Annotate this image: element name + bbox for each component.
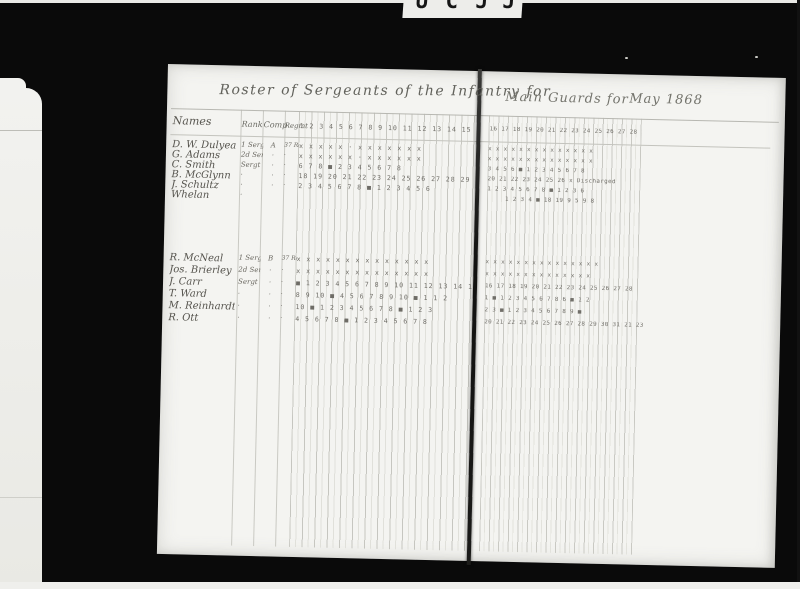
row-comp: B [263, 254, 279, 262]
row-regt: · [283, 182, 298, 189]
print-edge-top [0, 0, 800, 3]
column-header-names: Names [173, 114, 212, 128]
row-comp: · [265, 151, 281, 159]
print-edge-bottom [0, 582, 800, 589]
row-name: J. Carr [169, 276, 235, 288]
row-comp: A [265, 141, 281, 149]
row-name: R. Ott [168, 312, 234, 324]
row-regt: · [284, 162, 299, 169]
row-comp: · [262, 278, 278, 286]
row-rank: 1 Sergt [239, 254, 261, 262]
row-comp: · [264, 171, 280, 179]
row-comp: · [261, 302, 277, 310]
dust-speck [625, 57, 628, 59]
row-comp: · [262, 290, 278, 298]
row-rank: · [238, 290, 260, 298]
strip-rule-line [0, 497, 42, 498]
row-rank: · [237, 314, 259, 322]
row-regt: · [283, 172, 298, 179]
row-rank: · [240, 181, 262, 189]
row-name: T. Ward [169, 288, 235, 300]
strip-rule-line [0, 130, 42, 131]
row-comp: · [264, 181, 280, 189]
row-name: M. Reinhardt [168, 300, 234, 312]
row-rank: · [237, 302, 259, 310]
row-comp: · [265, 161, 281, 169]
row-rank: · [240, 171, 262, 179]
row-regt: 37 Regt [284, 142, 299, 149]
adjacent-page-strip [0, 88, 42, 589]
row-regt: · [284, 152, 299, 159]
row-rank: 2d Sergt [238, 266, 260, 274]
ledger-page-spread: Roster of Sergeants of the Infantry for … [157, 64, 786, 568]
row-regt: 37 Regt [282, 255, 297, 262]
row-name: R. McNeal [169, 252, 235, 264]
row-regt: · [281, 267, 296, 274]
film-tab-glyph: C [445, 0, 459, 13]
film-tab-glyph: U [415, 0, 429, 13]
ledger-title-date: May 1868 [629, 91, 703, 108]
row-rank: · [240, 191, 262, 199]
row-rank: Sergt [238, 278, 260, 286]
row-regt: · [281, 291, 296, 298]
film-edge-tab: U C J J [402, 0, 522, 18]
dust-speck [755, 56, 758, 58]
ledger-title-right: Main Guards for [505, 90, 629, 108]
film-tab-glyph: J [502, 0, 516, 13]
row-regt: · [280, 303, 295, 310]
column-header-rank: Rank [242, 120, 263, 129]
row-rank: 1 Sergt [241, 141, 263, 149]
row-name: Whelan [171, 189, 237, 201]
row-comp: · [262, 266, 278, 274]
film-tab-glyph: J [475, 0, 489, 13]
row-rank: Sergt [241, 161, 263, 169]
row-rank: 2d Sergt [241, 151, 263, 159]
row-regt: · [280, 315, 295, 322]
scanned-photo-frame: U C J J Roster of Sergeants of the Infan… [0, 0, 800, 589]
row-name: Jos. Brierley [169, 264, 235, 276]
row-comp: · [261, 314, 277, 322]
ledger-title-left: Roster of Sergeants of the Infantry for [219, 82, 551, 100]
row-regt: · [281, 279, 296, 286]
